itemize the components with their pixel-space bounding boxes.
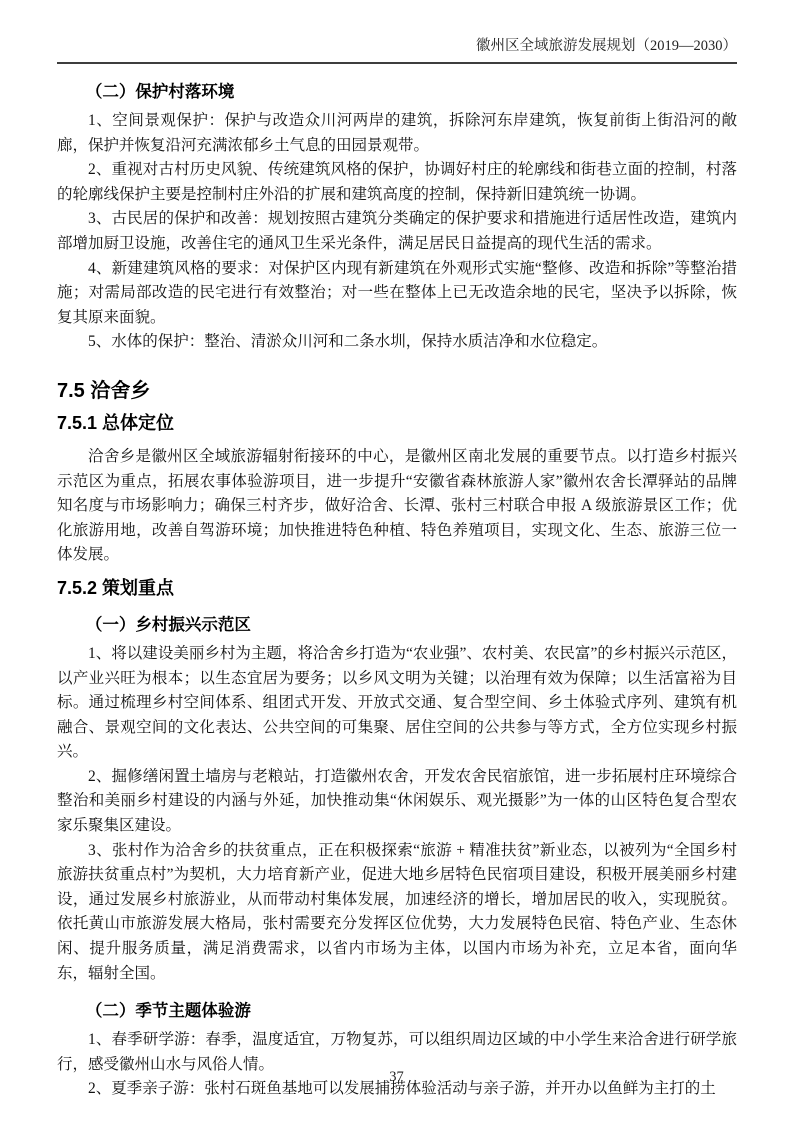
heading-rural-revitalization-zone: （一）乡村振兴示范区 <box>57 611 737 635</box>
paragraph-beautiful-village: 1、将以建设美丽乡村为主题，将洽舍乡打造为“农业强”、农村美、农民富”的乡村振兴… <box>57 642 737 765</box>
page-footer: 37 <box>0 1069 793 1086</box>
running-head: 徽州区全域旅游发展规划（2019—2030） <box>57 34 737 64</box>
heading-7-5-2-planning-focus: 7.5.2 策划重点 <box>57 574 737 600</box>
paragraph-water-protection: 5、水体的保护：整治、清淤众川河和二条水圳，保持水质洁净和水位稳定。 <box>57 330 737 355</box>
paragraph-old-dwellings: 3、古民居的保护和改善：规划按照古建筑分类确定的保护要求和措施进行适居性改造，建… <box>57 207 737 256</box>
heading-protect-village-env: （二）保护村落环境 <box>57 78 737 102</box>
paragraph-new-building-style: 4、新建建筑风格的要求：对保护区内现有新建筑在外观形式实施“整修、改造和拆除”等… <box>57 257 737 331</box>
paragraph-historic-style: 2、重视对古村历史风貌、传统建筑风格的保护，协调好村庄的轮廓线和街巷立面的控制，… <box>57 158 737 207</box>
heading-7-5-1-positioning: 7.5.1 总体定位 <box>57 409 737 435</box>
heading-7-5-qiashe: 7.5 洽舍乡 <box>57 374 737 403</box>
paragraph-overall-positioning: 洽舍乡是徽州区全域旅游辐射衔接环的中心，是徽州区南北发展的重要节点。以打造乡村振… <box>57 445 737 568</box>
document-body: （二）保护村落环境 1、空间景观保护：保护与改造众川河两岸的建筑，拆除河东岸建筑… <box>57 78 737 1102</box>
page-number: 37 <box>389 1069 404 1085</box>
document-page: 徽州区全域旅游发展规划（2019—2030） （二）保护村落环境 1、空间景观保… <box>0 0 793 1122</box>
paragraph-spatial-landscape: 1、空间景观保护：保护与改造众川河两岸的建筑，拆除河东岸建筑，恢复前街上街沿河的… <box>57 109 737 158</box>
paragraph-zhangcun-poverty: 3、张村作为洽舍乡的扶贫重点，正在积极探索“旅游 + 精准扶贫”新业态，以被列为… <box>57 839 737 987</box>
page-content: 徽州区全域旅游发展规划（2019—2030） （二）保护村落环境 1、空间景观保… <box>57 34 737 1102</box>
paragraph-huizhou-farmhouse: 2、掘修缮闲置土墙房与老粮站，打造徽州农舍，开发农舍民宿旅馆，进一步拓展村庄环境… <box>57 765 737 839</box>
heading-seasonal-theme-tours: （二）季节主题体验游 <box>57 997 737 1021</box>
